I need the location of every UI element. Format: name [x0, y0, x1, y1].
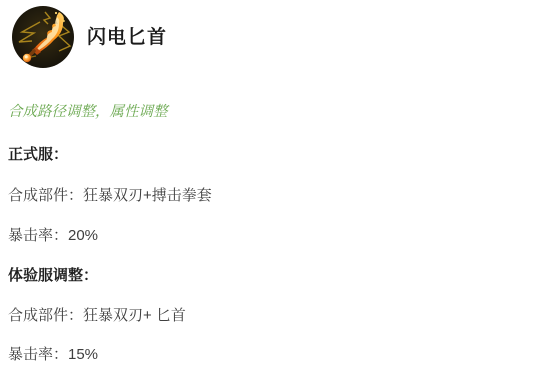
- lightning-dagger-icon: [12, 6, 74, 68]
- official-components-line: 合成部件：狂暴双刃+搏击拳套: [8, 188, 212, 203]
- patch-note-card: 闪电匕首 合成路径调整，属性调整 正式服： 合成部件：狂暴双刃+搏击拳套 暴击率…: [0, 0, 554, 370]
- test-crit-rate-line: 暴击率：15%: [8, 347, 98, 362]
- test-components-line: 合成部件：狂暴双刃+ 匕首: [8, 308, 186, 323]
- item-header: 闪电匕首: [12, 6, 167, 68]
- section-heading-test-server: 体验服调整：: [8, 268, 98, 283]
- section-heading-official-server: 正式服：: [8, 147, 68, 162]
- change-summary: 合成路径调整，属性调整: [8, 105, 168, 120]
- item-title: 闪电匕首: [87, 28, 167, 47]
- official-crit-rate-line: 暴击率：20%: [8, 228, 98, 243]
